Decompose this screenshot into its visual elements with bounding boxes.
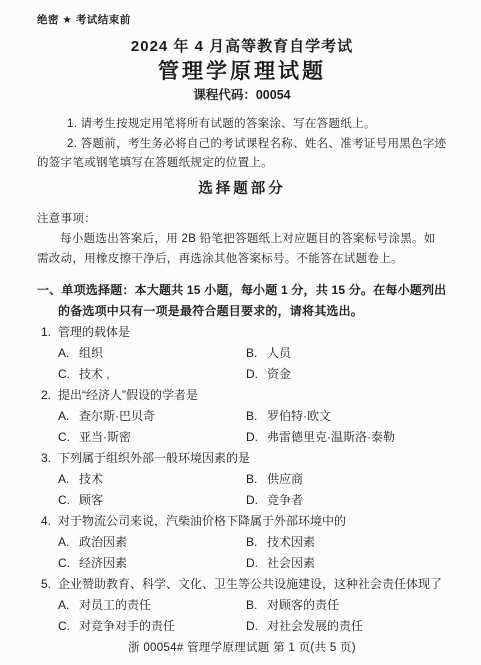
option-label: D.: [246, 364, 267, 385]
option-label: B.: [246, 595, 267, 616]
option-d: D.弗雷德里克·温斯洛·泰勒: [246, 427, 395, 448]
option-text: 技术 ,: [79, 364, 110, 385]
option-a: A.查尔斯·巴贝奇: [58, 406, 246, 427]
option-b: B.人员: [246, 343, 291, 364]
option-text: 技术: [79, 469, 103, 490]
question-stem: 1. 管理的载体是: [37, 322, 447, 343]
options-row: A.查尔斯·巴贝奇 B.罗伯特·欧文: [37, 406, 447, 427]
notes-heading: 注意事项：: [37, 209, 447, 229]
multiple-choice-part-title: 选择题部分: [37, 178, 447, 200]
option-a: A.对员工的责任: [58, 595, 246, 616]
option-label: B.: [246, 406, 267, 427]
option-d: D.竞争者: [246, 490, 303, 511]
options-row: A.对员工的责任 B.对顾客的责任: [37, 595, 447, 616]
option-c: C.亚当·斯密: [58, 427, 246, 448]
page-footer: 浙 00054# 管理学原理试题 第 1 页(共 5 页): [37, 638, 447, 658]
exam-paper-page: 绝密 ★ 考试结束前 2024 年 4 月高等教育自学考试 管理学原理试题 课程…: [0, 0, 481, 665]
option-text: 顾客: [79, 490, 103, 511]
options-row: A.技术 B.供应商: [37, 469, 447, 490]
security-mark: 绝密 ★ 考试结束前: [37, 14, 447, 27]
option-text: 政治因素: [79, 532, 127, 553]
option-text: 供应商: [267, 469, 303, 490]
question-number: 3.: [41, 448, 58, 469]
question-text: 管理的载体是: [58, 322, 447, 343]
question-text: 对于物流公司来说，汽柴油价格下降属于外部环境中的: [58, 511, 447, 532]
question-text: 下列属于组织外部一般环境因素的是: [58, 448, 447, 469]
question-number: 1.: [41, 322, 58, 343]
option-text: 对社会发展的责任: [267, 616, 363, 637]
course-code: 课程代码：00054: [37, 88, 447, 102]
question-4: 4. 对于物流公司来说，汽柴油价格下降属于外部环境中的 A.政治因素 B.技术因…: [37, 511, 447, 574]
option-c: C.技术 ,: [58, 364, 246, 385]
option-text: 经济因素: [79, 553, 127, 574]
option-label: C.: [58, 616, 79, 637]
option-text: 技术因素: [267, 532, 315, 553]
question-stem: 5. 企业赞助教育、科学、文化、卫生等公共设施建设，这种社会责任体现了: [37, 574, 447, 595]
option-label: A.: [58, 595, 79, 616]
question-text: 企业赞助教育、科学、文化、卫生等公共设施建设，这种社会责任体现了: [58, 574, 447, 595]
option-text: 亚当·斯密: [79, 427, 131, 448]
option-text: 组织: [79, 343, 103, 364]
option-label: A.: [58, 532, 79, 553]
option-label: C.: [58, 364, 79, 385]
option-d: D.资金: [246, 364, 291, 385]
option-b: B.供应商: [246, 469, 303, 490]
option-b: B.罗伯特·欧文: [246, 406, 331, 427]
question-stem: 4. 对于物流公司来说，汽柴油价格下降属于外部环境中的: [37, 511, 447, 532]
option-text: 竞争者: [267, 490, 303, 511]
option-label: D.: [246, 427, 267, 448]
notes-body: 每小题选出答案后，用 2B 铅笔把答题纸上对应题目的答案标号涂黑。如需改动，用橡…: [37, 229, 447, 269]
options-row: C.对竞争对手的责任 D.对社会发展的责任: [37, 616, 447, 637]
option-text: 人员: [267, 343, 291, 364]
option-label: A.: [58, 343, 79, 364]
option-label: C.: [58, 490, 79, 511]
option-a: A.组织: [58, 343, 246, 364]
option-label: C.: [58, 427, 79, 448]
option-label: D.: [246, 553, 267, 574]
option-label: D.: [246, 490, 267, 511]
option-c: C.顾客: [58, 490, 246, 511]
option-c: C.经济因素: [58, 553, 246, 574]
question-number: 4.: [41, 511, 58, 532]
option-label: B.: [246, 532, 267, 553]
options-row: C.亚当·斯密 D.弗雷德里克·温斯洛·泰勒: [37, 427, 447, 448]
option-text: 社会因素: [267, 553, 315, 574]
question-5: 5. 企业赞助教育、科学、文化、卫生等公共设施建设，这种社会责任体现了 A.对员…: [37, 574, 447, 637]
options-row: A.组织 B.人员: [37, 343, 447, 364]
instruction-1: 1. 请考生按规定用笔将所有试题的答案涂、写在答题纸上。: [37, 115, 447, 135]
options-row: C.技术 , D.资金: [37, 364, 447, 385]
exam-session-title: 2024 年 4 月高等教育自学考试: [37, 38, 447, 56]
option-a: A.技术: [58, 469, 246, 490]
options-row: C.经济因素 D.社会因素: [37, 553, 447, 574]
option-b: B.技术因素: [246, 532, 315, 553]
section1-heading: 一、单项选择题：本大题共 15 小题，每小题 1 分，共 15 分。在每小题列出…: [37, 280, 447, 322]
option-b: B.对顾客的责任: [246, 595, 339, 616]
option-label: C.: [58, 553, 79, 574]
option-text: 对员工的责任: [79, 595, 151, 616]
option-label: A.: [58, 469, 79, 490]
option-label: A.: [58, 406, 79, 427]
exam-paper-title: 管理学原理试题: [37, 60, 447, 84]
option-label: B.: [246, 343, 267, 364]
option-text: 查尔斯·巴贝奇: [79, 406, 155, 427]
option-a: A.政治因素: [58, 532, 246, 553]
option-text: 罗伯特·欧文: [267, 406, 331, 427]
option-c: C.对竞争对手的责任: [58, 616, 246, 637]
question-number: 5.: [41, 574, 58, 595]
options-row: A.政治因素 B.技术因素: [37, 532, 447, 553]
question-stem: 3. 下列属于组织外部一般环境因素的是: [37, 448, 447, 469]
option-label: D.: [246, 616, 267, 637]
question-3: 3. 下列属于组织外部一般环境因素的是 A.技术 B.供应商 C.顾客 D.竞争…: [37, 448, 447, 511]
option-text: 对竞争对手的责任: [79, 616, 175, 637]
question-2: 2. 提出“经济人”假设的学者是 A.查尔斯·巴贝奇 B.罗伯特·欧文 C.亚当…: [37, 385, 447, 448]
option-label: B.: [246, 469, 267, 490]
instruction-2: 2. 答题前，考生务必将自己的考试课程名称、姓名、准考证号用黑色字迹的签字笔或钢…: [37, 135, 447, 174]
option-text: 对顾客的责任: [267, 595, 339, 616]
option-d: D.对社会发展的责任: [246, 616, 363, 637]
option-d: D.社会因素: [246, 553, 315, 574]
question-1: 1. 管理的载体是 A.组织 B.人员 C.技术 , D.资金: [37, 322, 447, 385]
question-stem: 2. 提出“经济人”假设的学者是: [37, 385, 447, 406]
option-text: 弗雷德里克·温斯洛·泰勒: [267, 427, 395, 448]
question-text: 提出“经济人”假设的学者是: [58, 385, 447, 406]
option-text: 资金: [267, 364, 291, 385]
question-number: 2.: [41, 385, 58, 406]
options-row: C.顾客 D.竞争者: [37, 490, 447, 511]
